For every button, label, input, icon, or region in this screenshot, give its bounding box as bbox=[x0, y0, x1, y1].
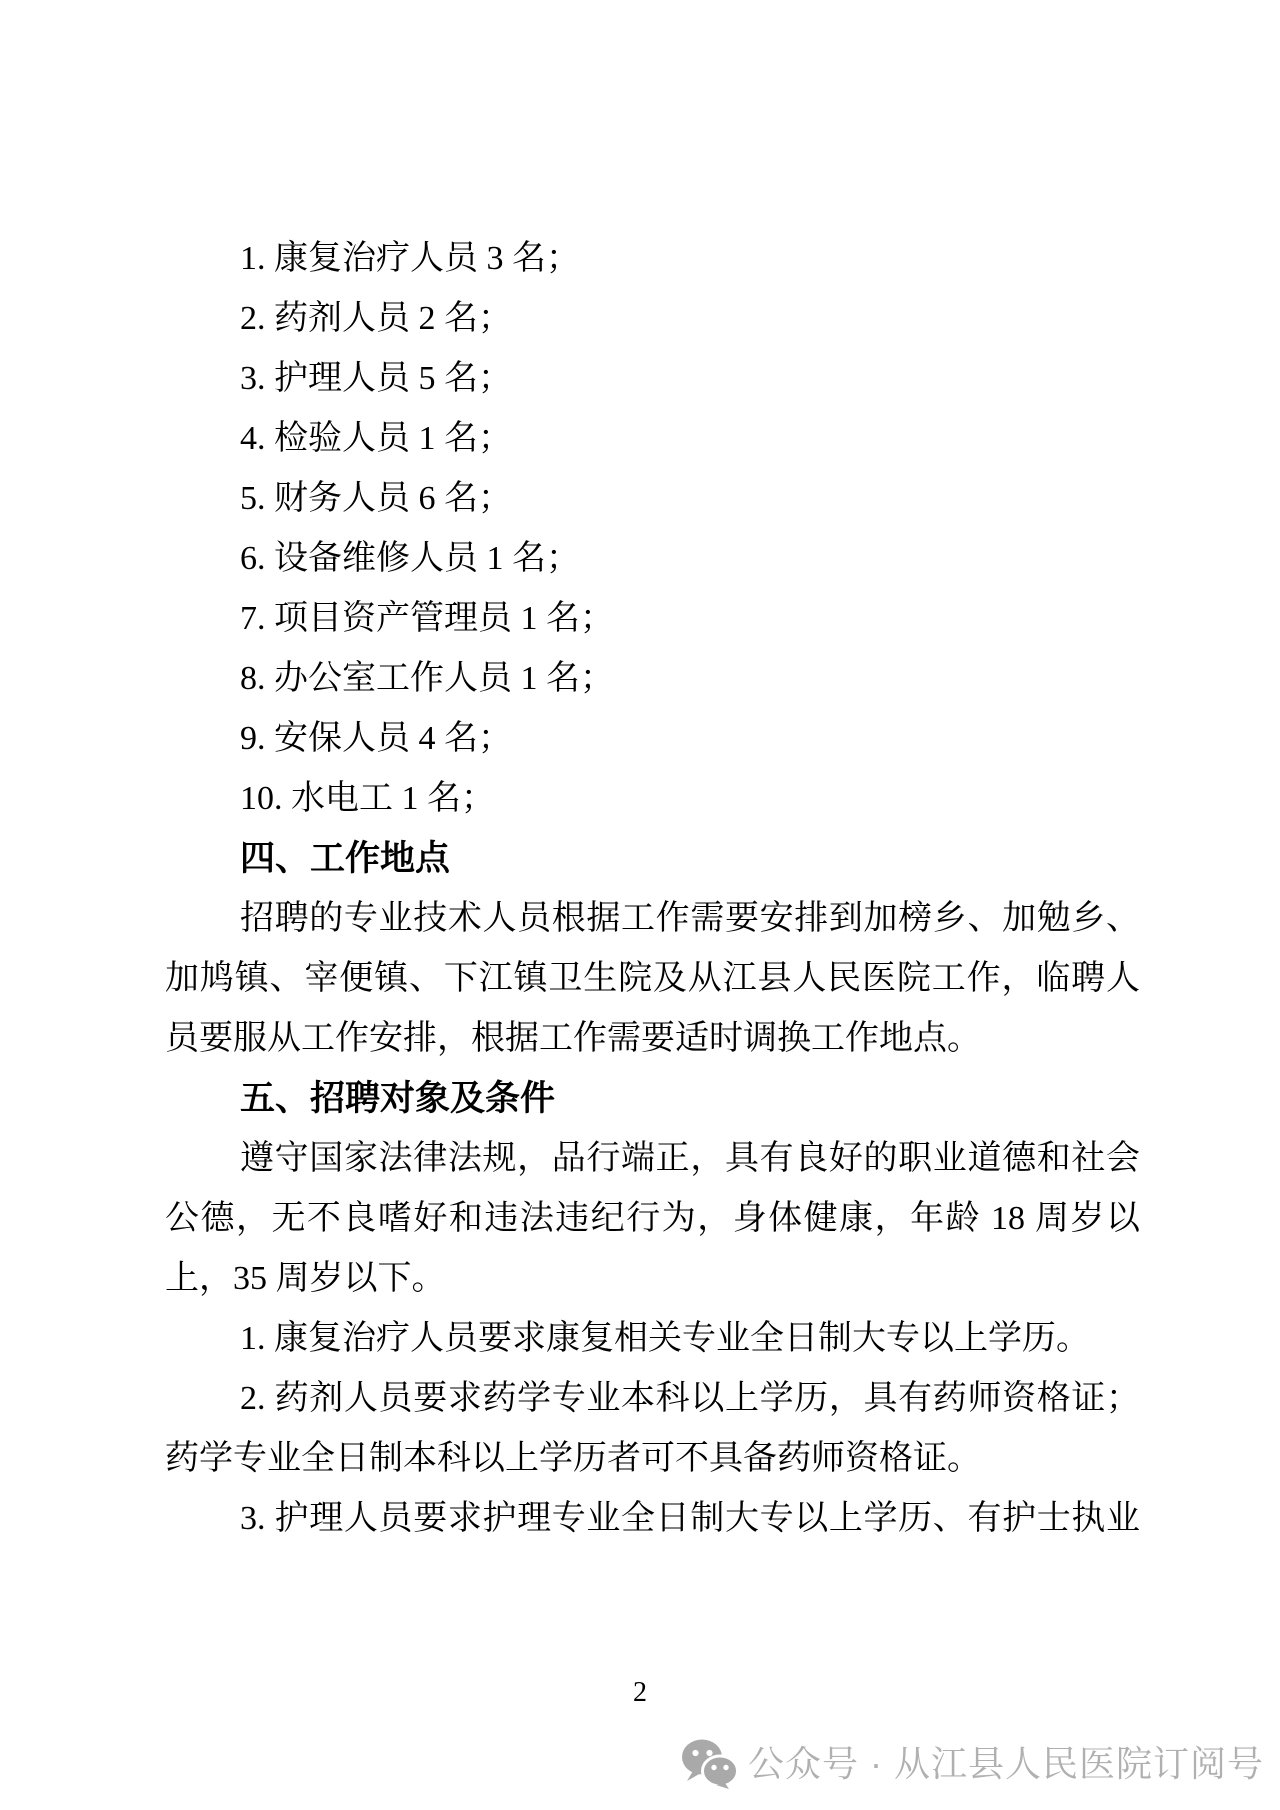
wechat-chat-bubbles-icon bbox=[681, 1738, 739, 1790]
watermark-label: 公众号 · 从江县人民医院订阅号 bbox=[748, 1738, 1264, 1790]
section-heading-work-location: 四、工作地点 bbox=[165, 829, 1140, 889]
position-item-7: 7. 项目资产管理员 1 名； bbox=[165, 589, 1140, 649]
requirements-paragraph-general: 遵守国家法律法规，品行端正，具有良好的职业道德和社会公德，无不良嗜好和违法违纪行… bbox=[165, 1129, 1140, 1309]
watermark: 公众号 · 从江县人民医院订阅号 bbox=[681, 1738, 1264, 1790]
document-content: 1. 康复治疗人员 3 名； 2. 药剂人员 2 名； 3. 护理人员 5 名；… bbox=[165, 229, 1140, 1549]
position-item-4: 4. 检验人员 1 名； bbox=[165, 409, 1140, 469]
position-item-2: 2. 药剂人员 2 名； bbox=[165, 289, 1140, 349]
document-page: 1. 康复治疗人员 3 名； 2. 药剂人员 2 名； 3. 护理人员 5 名；… bbox=[0, 0, 1280, 1810]
position-item-5: 5. 财务人员 6 名； bbox=[165, 469, 1140, 529]
position-item-10: 10. 水电工 1 名； bbox=[165, 769, 1140, 829]
position-item-9: 9. 安保人员 4 名； bbox=[165, 709, 1140, 769]
page-number: 2 bbox=[0, 1676, 1280, 1710]
position-item-1: 1. 康复治疗人员 3 名； bbox=[165, 229, 1140, 289]
position-item-8: 8. 办公室工作人员 1 名； bbox=[165, 649, 1140, 709]
requirements-paragraph-nursing: 3. 护理人员要求护理专业全日制大专以上学历、有护士执业 bbox=[165, 1489, 1140, 1549]
section-heading-recruitment-requirements: 五、招聘对象及条件 bbox=[165, 1069, 1140, 1129]
requirements-paragraph-pharmacy: 2. 药剂人员要求药学专业本科以上学历，具有药师资格证；药学专业全日制本科以上学… bbox=[165, 1369, 1140, 1489]
position-item-6: 6. 设备维修人员 1 名； bbox=[165, 529, 1140, 589]
work-location-paragraph: 招聘的专业技术人员根据工作需要安排到加榜乡、加勉乡、加鸠镇、宰便镇、下江镇卫生院… bbox=[165, 889, 1140, 1069]
requirements-paragraph-rehab: 1. 康复治疗人员要求康复相关专业全日制大专以上学历。 bbox=[165, 1309, 1140, 1369]
position-item-3: 3. 护理人员 5 名； bbox=[165, 349, 1140, 409]
